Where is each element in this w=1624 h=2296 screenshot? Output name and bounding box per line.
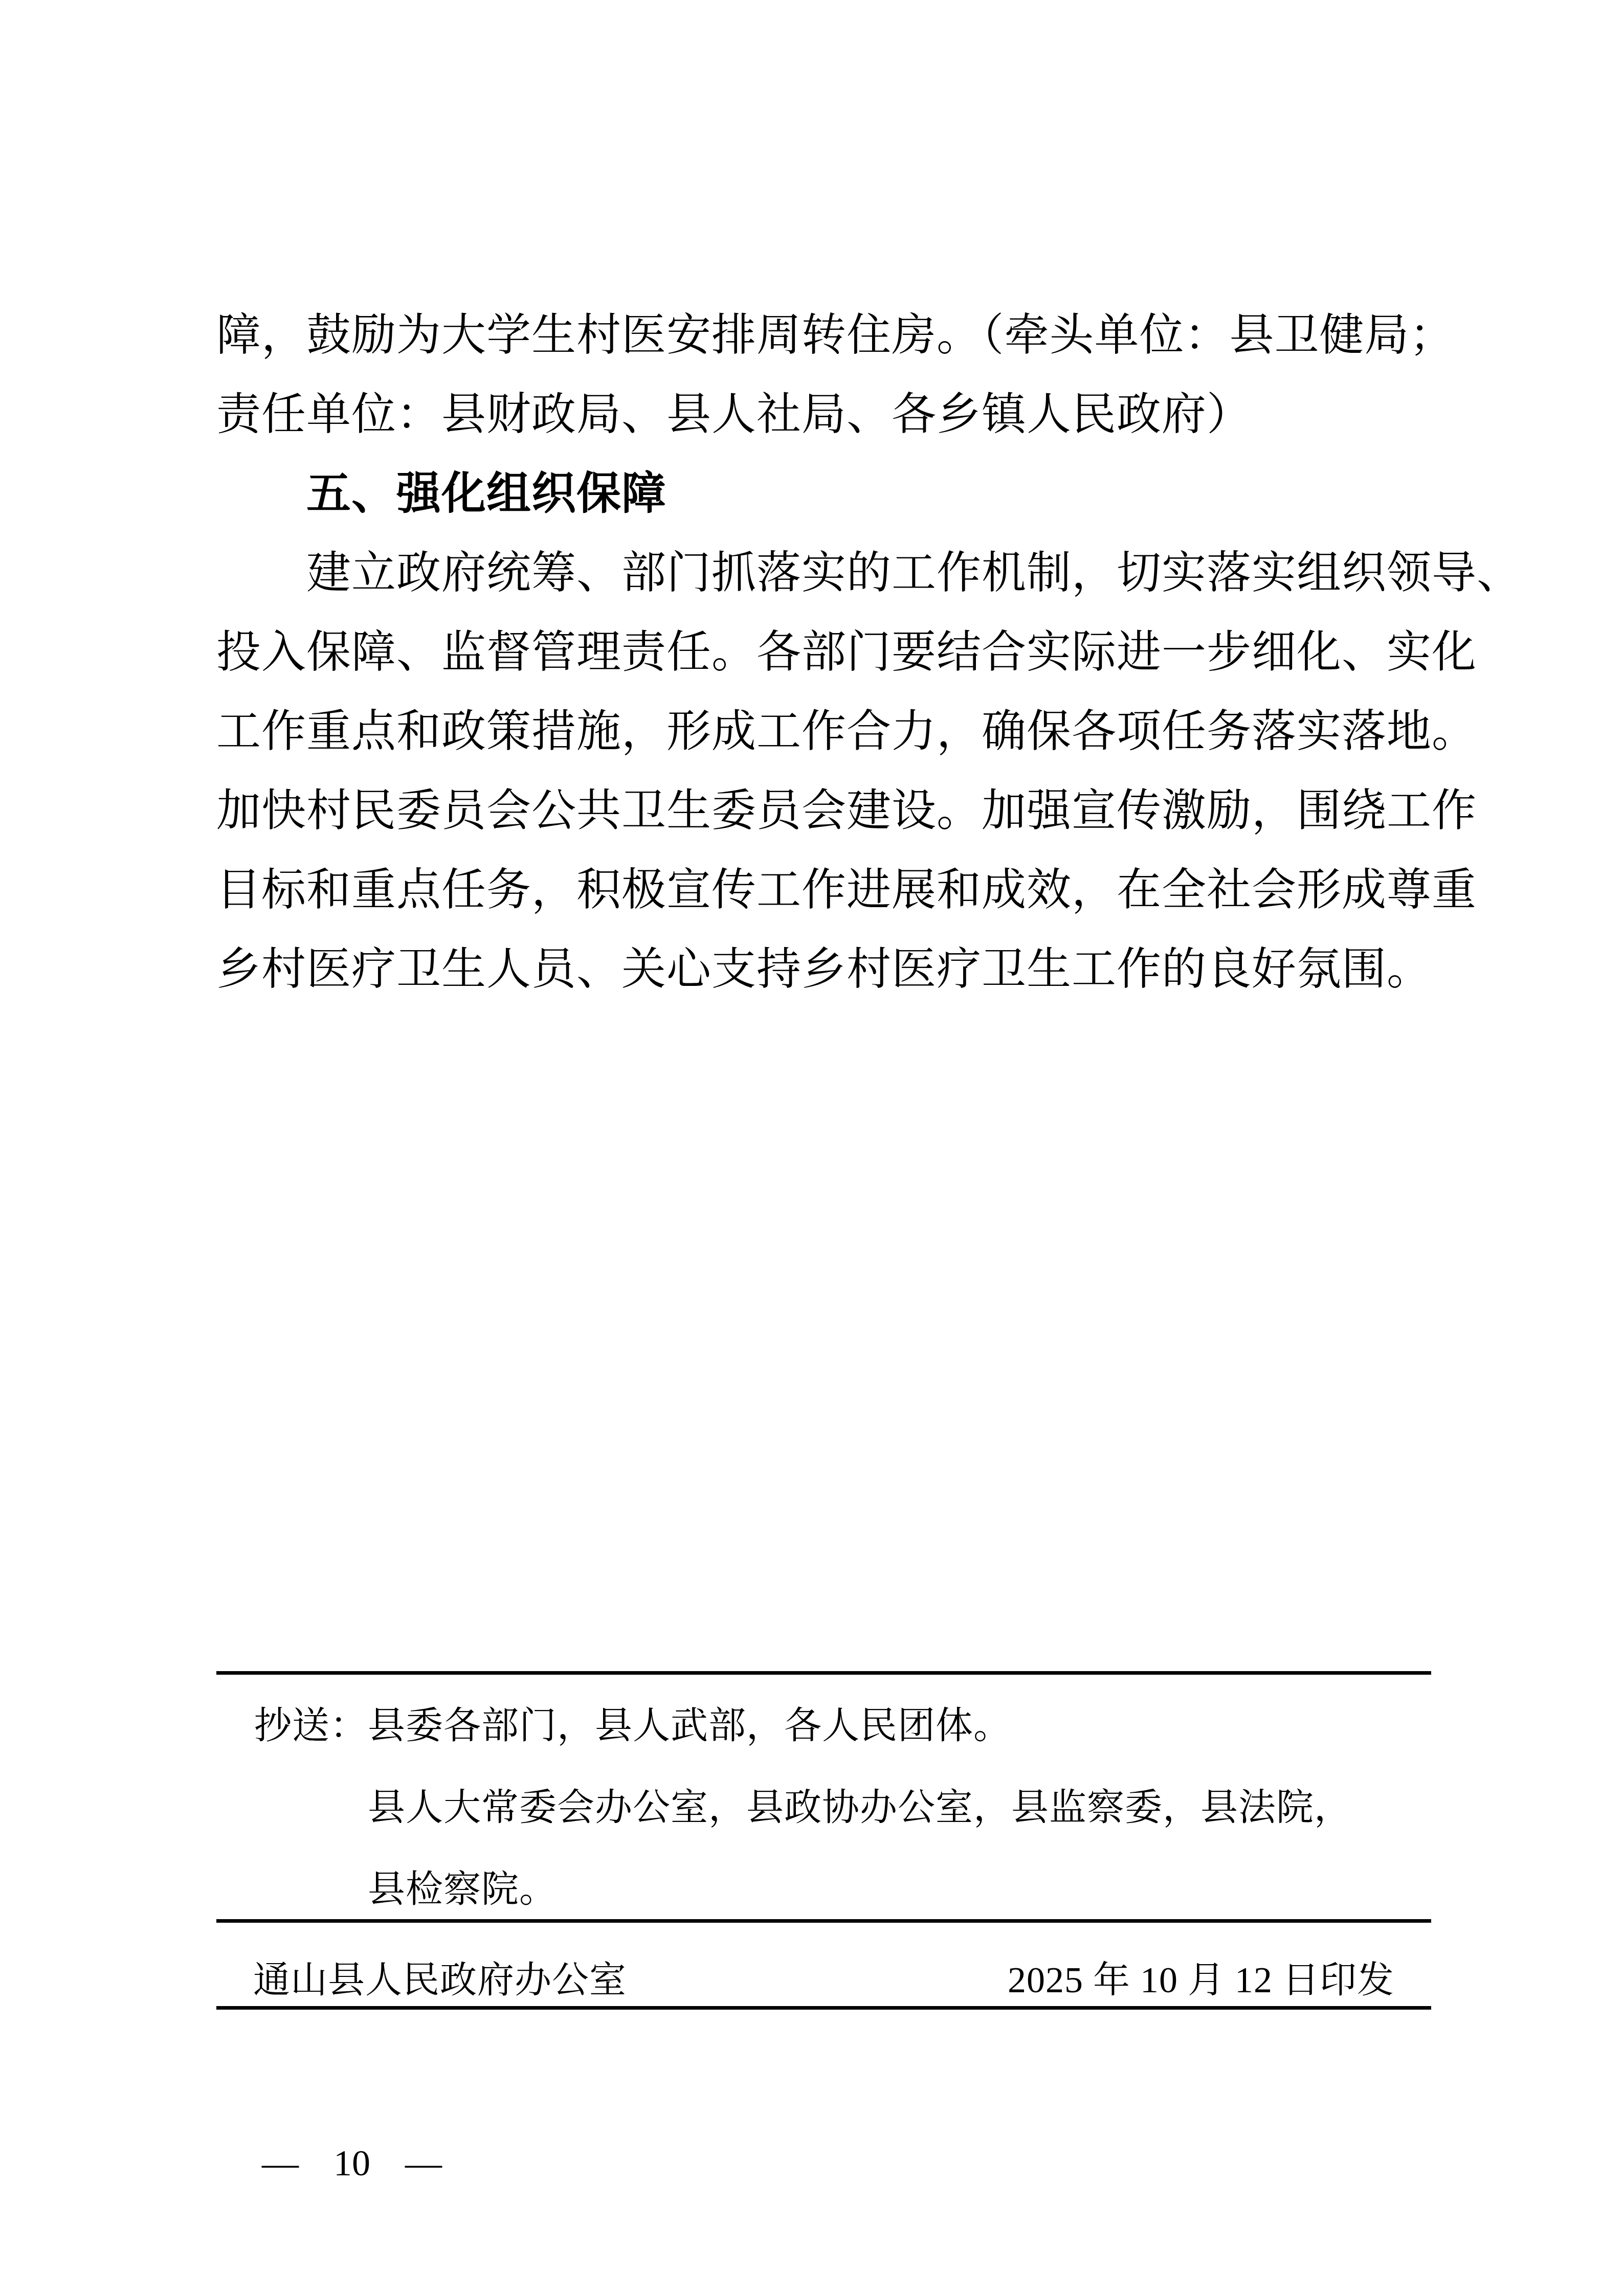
issuing-office: 通山县人民政府办公室 xyxy=(253,1950,627,2003)
cc-line: 抄送：县委各部门，县人武部，各人民团体。 xyxy=(254,1685,1420,1767)
paragraph-continuation-line: 障，鼓励为大学生村医安排周转住房。（牵头单位：县卫健局； xyxy=(216,296,1436,375)
cc-block: 抄送：县委各部门，县人武部，各人民团体。 县人大常委会办公室，县政协办公室，县监… xyxy=(254,1685,1420,1930)
separator-line-top xyxy=(216,1671,1431,1675)
document-body: 障，鼓励为大学生村医安排周转住房。（牵头单位：县卫健局； 责任单位：县财政局、县… xyxy=(216,296,1436,1009)
paragraph-line: 投入保障、监督管理责任。各部门要结合实际进一步细化、实化 xyxy=(216,613,1436,692)
document-page: 障，鼓励为大学生村医安排周转住房。（牵头单位：县卫健局； 责任单位：县财政局、县… xyxy=(0,0,1624,2296)
paragraph-continuation-line: 责任单位：县财政局、县人社局、各乡镇人民政府） xyxy=(216,375,1436,454)
cc-label: 抄送： xyxy=(254,1705,368,1746)
paragraph-line: 工作重点和政策措施，形成工作合力，确保各项任务落实落地。 xyxy=(216,692,1436,771)
separator-line-middle xyxy=(216,1919,1431,1923)
paragraph-line: 加快村民委员会公共卫生委员会建设。加强宣传激励，围绕工作 xyxy=(216,771,1436,850)
paragraph-line: 乡村医疗卫生人员、关心支持乡村医疗卫生工作的良好氛围。 xyxy=(216,930,1436,1009)
print-date: 2025 年 10 月 12 日印发 xyxy=(1008,1950,1394,2003)
cc-recipients: 县委各部门，县人武部，各人民团体。 xyxy=(368,1705,1011,1746)
page-number: — 10 — xyxy=(262,2137,442,2189)
cc-line: 县人大常委会办公室，县政协办公室，县监察委，县法院， xyxy=(254,1767,1420,1849)
section-heading: 五、强化组织保障 xyxy=(216,454,1436,533)
issue-row: 通山县人民政府办公室 2025 年 10 月 12 日印发 xyxy=(216,1938,1431,2015)
paragraph-line: 目标和重点任务，积极宣传工作进展和成效，在全社会形成尊重 xyxy=(216,850,1436,930)
paragraph-line: 建立政府统筹、部门抓落实的工作机制，切实落实组织领导、 xyxy=(216,533,1436,613)
separator-line-bottom xyxy=(216,2006,1431,2010)
cc-line: 县检察院。 xyxy=(254,1849,1420,1930)
